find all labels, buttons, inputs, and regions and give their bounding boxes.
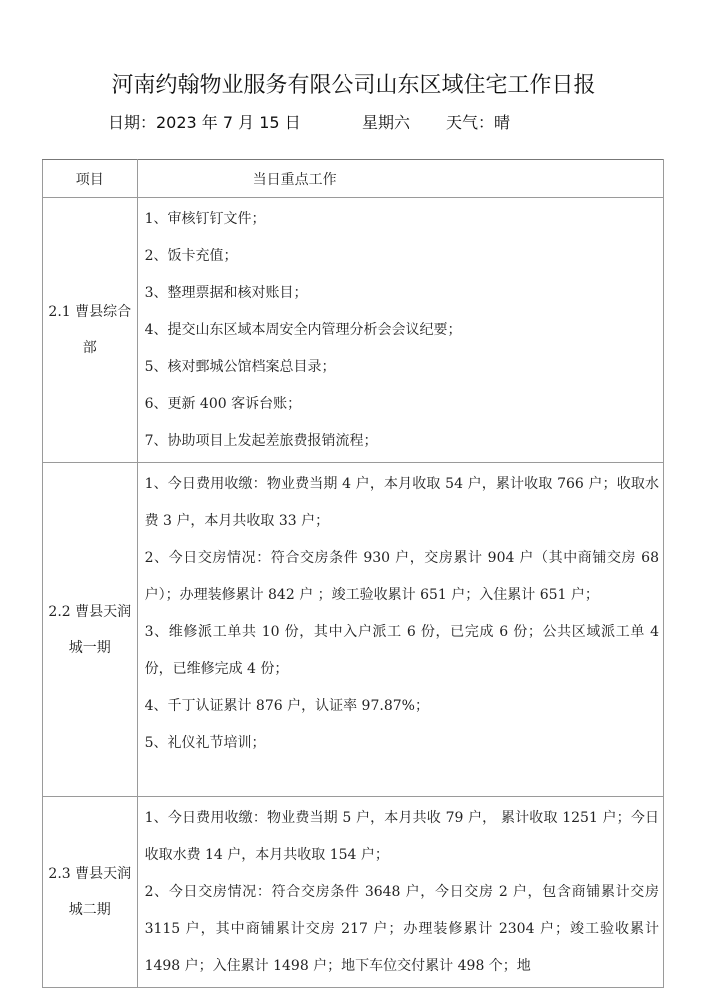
work-item: 2、饭卡充值； bbox=[145, 238, 659, 275]
work-item: 4、千丁认证累计 876 户，认证率 97.87%； bbox=[145, 688, 659, 725]
report-weekday: 星期六 bbox=[362, 110, 410, 133]
work-item: 2、今日交房情况：符合交房条件 3648 户，今日交房 2 户，包含商铺累计交房… bbox=[145, 874, 659, 985]
work-item: 7、协助项目上发起差旅费报销流程； bbox=[145, 423, 659, 460]
header-project: 项目 bbox=[43, 160, 138, 198]
project-cell: 2.3 曹县天润城二期 bbox=[43, 797, 138, 988]
work-item: 5、礼仪礼节培训； bbox=[145, 725, 659, 762]
project-label: 2.2 曹县天润城一期 bbox=[43, 594, 137, 666]
work-item: 2、今日交房情况：符合交房条件 930 户，交房累计 904 户（其中商铺交房 … bbox=[145, 540, 659, 614]
header-work: 当日重点工作 bbox=[137, 160, 663, 198]
table-header-row: 项目 当日重点工作 bbox=[43, 160, 664, 198]
table-row: 2.2 曹县天润城一期 1、今日费用收缴：物业费当期 4 户，本月收取 54 户… bbox=[43, 463, 664, 797]
work-cell: 1、今日费用收缴：物业费当期 5 户，本月共收 79 户， 累计收取 1251 … bbox=[137, 797, 663, 988]
project-cell: 2.2 曹县天润城一期 bbox=[43, 463, 138, 797]
work-item: 4、提交山东区域本周安全内管理分析会会议纪要； bbox=[145, 312, 659, 349]
work-item: 1、审核钉钉文件； bbox=[145, 201, 659, 238]
report-weather: 天气：晴 bbox=[446, 110, 510, 133]
project-label: 2.3 曹县天润城二期 bbox=[43, 856, 137, 928]
work-list: 1、今日费用收缴：物业费当期 5 户，本月共收 79 户， 累计收取 1251 … bbox=[138, 797, 663, 987]
work-list: 1、今日费用收缴：物业费当期 4 户，本月收取 54 户，累计收取 766 户；… bbox=[138, 463, 663, 764]
project-cell: 2.1 曹县综合部 bbox=[43, 198, 138, 463]
work-report-table: 项目 当日重点工作 2.1 曹县综合部 1、审核钉钉文件； 2、饭卡充值； 3、… bbox=[42, 159, 664, 988]
work-list: 1、审核钉钉文件； 2、饭卡充值； 3、整理票据和核对账目； 4、提交山东区域本… bbox=[138, 198, 663, 462]
work-item: 1、今日费用收缴：物业费当期 5 户，本月共收 79 户， 累计收取 1251 … bbox=[145, 800, 659, 874]
work-cell: 1、今日费用收缴：物业费当期 4 户，本月收取 54 户，累计收取 766 户；… bbox=[137, 463, 663, 797]
table-row: 2.1 曹县综合部 1、审核钉钉文件； 2、饭卡充值； 3、整理票据和核对账目；… bbox=[43, 198, 664, 463]
work-cell: 1、审核钉钉文件； 2、饭卡充值； 3、整理票据和核对账目； 4、提交山东区域本… bbox=[137, 198, 663, 463]
work-item: 3、维修派工单共 10 份，其中入户派工 6 份，已完成 6 份；公共区域派工单… bbox=[145, 614, 659, 688]
report-title: 河南约翰物业服务有限公司山东区域住宅工作日报 bbox=[0, 68, 707, 99]
work-item: 3、整理票据和核对账目； bbox=[145, 275, 659, 312]
report-date: 日期：2023 年 7 月 15 日 bbox=[108, 110, 301, 133]
project-label: 2.1 曹县综合部 bbox=[43, 294, 137, 366]
table-row: 2.3 曹县天润城二期 1、今日费用收缴：物业费当期 5 户，本月共收 79 户… bbox=[43, 797, 664, 988]
work-item: 1、今日费用收缴：物业费当期 4 户，本月收取 54 户，累计收取 766 户；… bbox=[145, 466, 659, 540]
work-item: 5、核对鄄城公馆档案总目录； bbox=[145, 349, 659, 386]
work-item: 6、更新 400 客诉台账； bbox=[145, 386, 659, 423]
